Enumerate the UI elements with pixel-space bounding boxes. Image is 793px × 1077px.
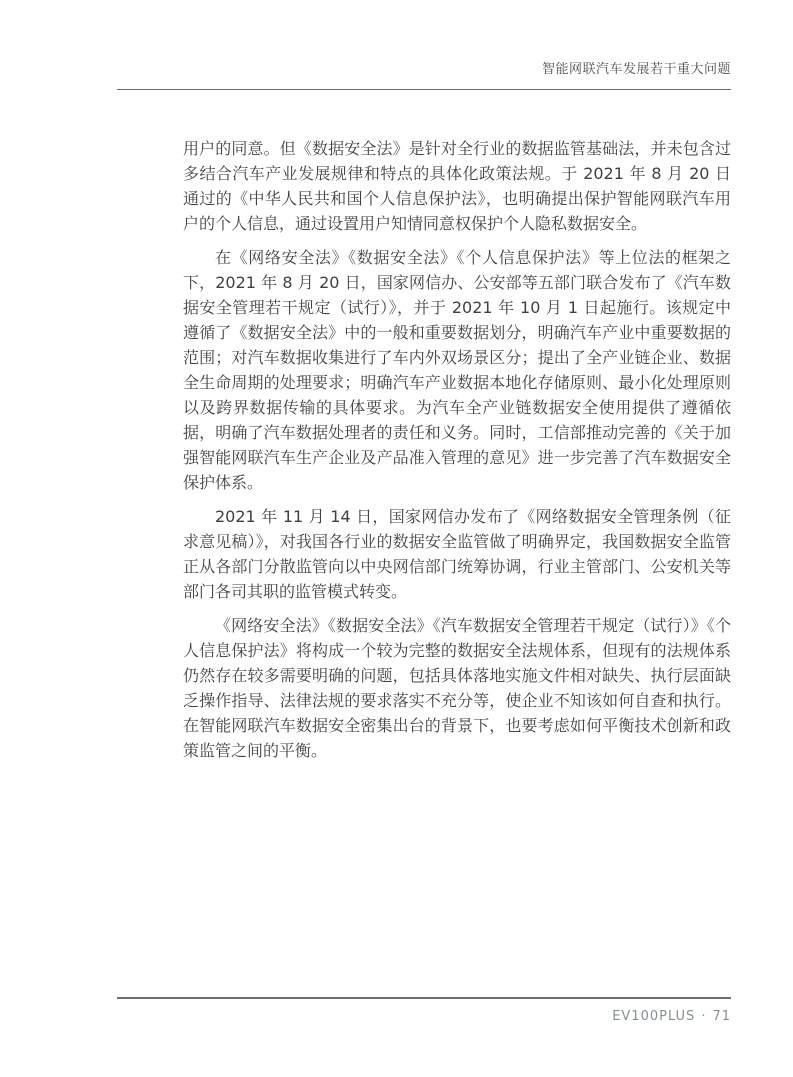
running-header-title: 智能网联汽车发展若干重大问题 — [542, 61, 731, 79]
body-paragraph: 2021 年 11 月 14 日，国家网信办发布了《网络数据安全管理条例（征求意… — [183, 504, 731, 604]
page-footer: EV100PLUS·71 — [612, 1009, 731, 1024]
body-paragraph: 用户的同意。但《数据安全法》是针对全行业的数据监管基础法，并未包含过多结合汽车产… — [183, 136, 731, 236]
page-number: 71 — [712, 1009, 731, 1024]
body-paragraph: 《网络安全法》《数据安全法》《汽车数据安全管理若干规定（试行）》《个人信息保护法… — [183, 613, 731, 763]
footer-divider — [117, 997, 731, 999]
publication-name: EV100PLUS — [612, 1009, 695, 1024]
document-page: 智能网联汽车发展若干重大问题 用户的同意。但《数据安全法》是针对全行业的数据监管… — [0, 0, 793, 1077]
header-divider — [117, 89, 731, 90]
footer-separator-dot: · — [701, 1009, 706, 1024]
body-paragraph: 在《网络安全法》《数据安全法》《个人信息保护法》等上位法的框架之下，2021 年… — [183, 245, 731, 495]
page-body: 用户的同意。但《数据安全法》是针对全行业的数据监管基础法，并未包含过多结合汽车产… — [183, 136, 731, 772]
